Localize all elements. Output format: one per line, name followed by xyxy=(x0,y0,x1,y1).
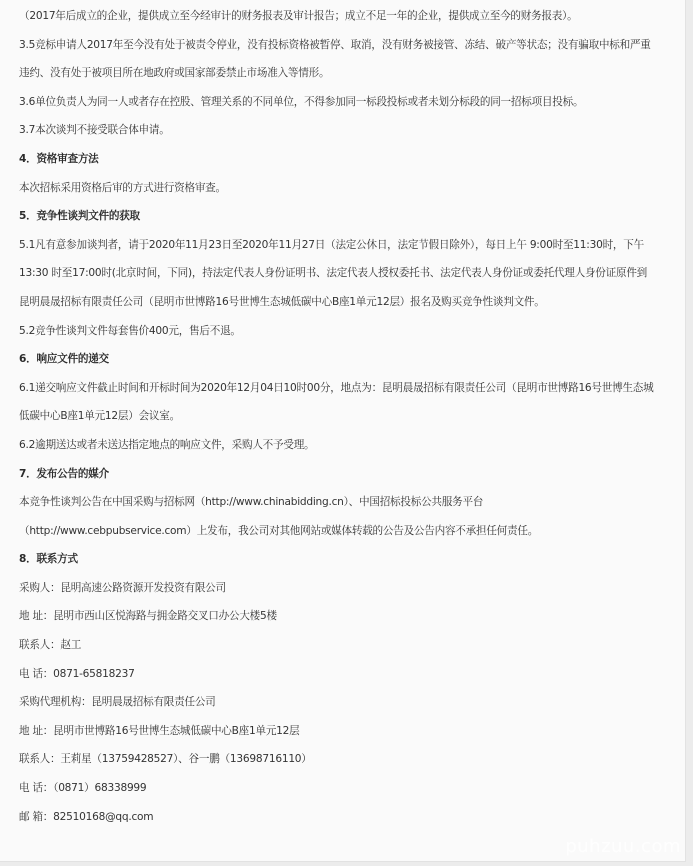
contact-agency-persons: 联系人：王莉星（13759428527）、谷一鹏（13698716110） xyxy=(19,749,677,778)
contact-purchaser-person: 联系人：赵工 xyxy=(19,635,677,664)
watermark: puhzuu.com xyxy=(565,836,681,857)
contact-agency-address: 地 址：昆明市世博路16号世博生态城低碳中心B座1单元12层 xyxy=(19,721,677,750)
paragraph-4: 本次招标采用资格后审的方式进行资格审查。 xyxy=(19,178,677,207)
paragraph-3-6: 3.6单位负责人为同一人或者存在控股、管理关系的不同单位，不得参加同一标段投标或… xyxy=(19,92,677,121)
contact-purchaser-phone: 电 话：0871-65818237 xyxy=(19,664,677,693)
paragraph-3-7: 3.7本次谈判不接受联合体申请。 xyxy=(19,120,677,149)
paragraph-7: 本竞争性谈判公告在中国采购与招标网（http://www.chinabiddin… xyxy=(19,492,677,521)
document-page: （2017年后成立的企业，提供成立至今经审计的财务报表及审计报告；成立不足一年的… xyxy=(0,0,686,862)
section-heading-4: 4．资格审查方法 xyxy=(19,149,677,178)
document-body: （2017年后成立的企业，提供成立至今经审计的财务报表及审计报告；成立不足一年的… xyxy=(19,6,677,835)
paragraph-financial-statements-note: （2017年后成立的企业，提供成立至今经审计的财务报表及审计报告；成立不足一年的… xyxy=(19,6,677,35)
section-heading-5: 5．竞争性谈判文件的获取 xyxy=(19,206,677,235)
contact-agency-phone: 电 话：（0871）68338999 xyxy=(19,778,677,807)
contact-purchaser-address: 地 址：昆明市西山区悦海路与拥金路交叉口办公大楼5楼 xyxy=(19,606,677,635)
section-heading-8: 8．联系方式 xyxy=(19,549,677,578)
paragraph-5-1-cont: 13:30 时至17:00时(北京时间，下同)，持法定代表人身份证明书、法定代表… xyxy=(19,263,677,292)
paragraph-5-1-cont2: 昆明晨晟招标有限责任公司（昆明市世博路16号世博生态城低碳中心B座1单元12层）… xyxy=(19,292,677,321)
contact-agency: 采购代理机构：昆明晨晟招标有限责任公司 xyxy=(19,692,677,721)
paragraph-3-5: 3.5竞标申请人2017年至今没有处于被责令停业，没有投标资格被暂停、取消，没有… xyxy=(19,35,677,64)
contact-purchaser: 采购人：昆明高速公路资源开发投资有限公司 xyxy=(19,578,677,607)
paragraph-6-2: 6.2逾期送达或者未送达指定地点的响应文件，采购人不予受理。 xyxy=(19,435,677,464)
paragraph-6-1-cont: 低碳中心B座1单元12层）会议室。 xyxy=(19,406,677,435)
section-heading-7: 7．发布公告的媒介 xyxy=(19,464,677,493)
paragraph-6-1: 6.1递交响应文件截止时间和开标时间为2020年12月04日10时00分，地点为… xyxy=(19,378,677,407)
contact-agency-email: 邮 箱：82510168@qq.com xyxy=(19,807,677,836)
paragraph-5-2: 5.2竞争性谈判文件每套售价400元，售后不退。 xyxy=(19,321,677,350)
paragraph-7-cont: （http://www.cebpubservice.com）上发布，我公司对其他… xyxy=(19,521,677,550)
section-heading-6: 6．响应文件的递交 xyxy=(19,349,677,378)
paragraph-5-1: 5.1凡有意参加谈判者，请于2020年11月23日至2020年11月27日（法定… xyxy=(19,235,677,264)
paragraph-3-5-cont: 违约、没有处于被项目所在地政府或国家部委禁止市场准入等情形。 xyxy=(19,63,677,92)
